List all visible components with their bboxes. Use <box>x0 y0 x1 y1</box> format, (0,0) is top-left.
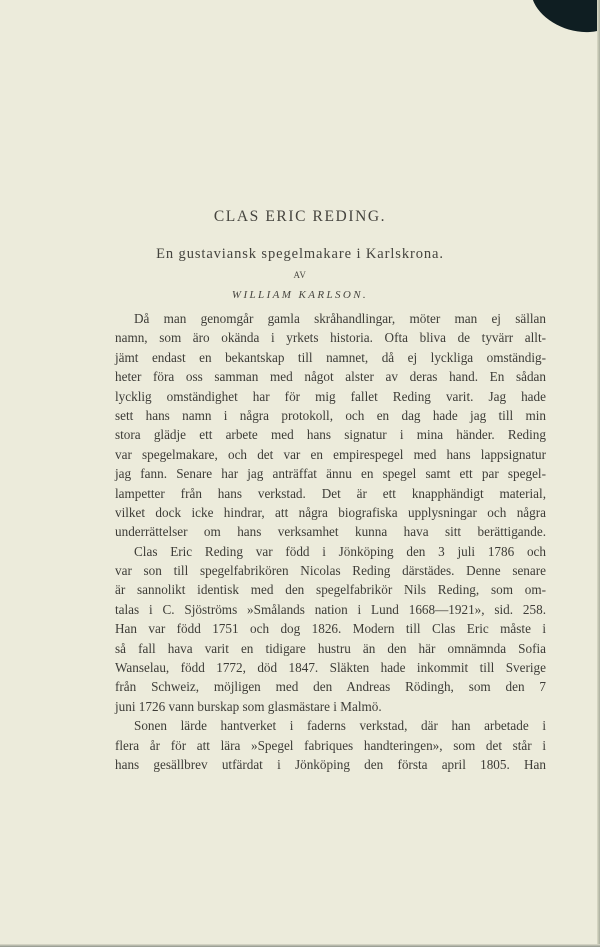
text-line: Sonen lärde hantverket i faderns verksta… <box>115 716 546 735</box>
article-title: CLAS ERIC REDING. <box>0 208 600 226</box>
text-line: flera år för att lära »Spegel fabriques … <box>115 736 546 755</box>
text-line: sett hans namn i några protokoll, och en… <box>115 406 546 425</box>
text-line: lampetter från hans verkstad. Det är ett… <box>115 484 546 503</box>
author-name: WILLIAM KARLSON. <box>0 289 600 301</box>
text-line: vilket dock icke hindrar, att några biog… <box>115 503 546 522</box>
text-line: Wanselau, född 1772, död 1847. Släkten h… <box>115 658 546 677</box>
text-line: juni 1726 vann burskap som glasmästare i… <box>115 697 546 716</box>
text-line: stora glädje ett arbete med hans signatu… <box>115 425 546 444</box>
text-line: heter föra oss samman med något alster a… <box>115 367 546 386</box>
text-line: Då man genomgår gamla skråhandlingar, mö… <box>115 309 546 328</box>
text-line: talas i C. Sjöströms »Smålands nation i … <box>115 600 546 619</box>
text-line: Han var född 1751 och dog 1826. Modern t… <box>115 619 546 638</box>
text-line: från Schweiz, möjligen med den Andreas R… <box>115 677 546 696</box>
text-line: hans gesällbrev utfärdat i Jönköping den… <box>115 755 546 774</box>
text-line: så fall hava varit en tidigare hustru än… <box>115 639 546 658</box>
text-line: namn, som äro okända i yrkets historia. … <box>115 328 546 347</box>
text-line: är sannolikt identisk med den spegelfabr… <box>115 580 546 599</box>
text-line: Clas Eric Reding var född i Jönköping de… <box>115 542 546 561</box>
text-line: jämt endast en bekantskap till namnet, d… <box>115 348 546 367</box>
text-line: var spegelmakare, och det var en empires… <box>115 445 546 464</box>
text-line: jag fann. Senare har jag anträffat ännu … <box>115 464 546 483</box>
byline-label: AV <box>0 270 600 280</box>
document-page: CLAS ERIC REDING. En gustaviansk spegelm… <box>0 0 600 947</box>
scan-corner-shadow <box>522 0 600 44</box>
text-line: underrättelser om hans verksamhet kunna … <box>115 522 546 541</box>
article-subtitle: En gustaviansk spegelmakare i Karlskrona… <box>0 246 600 263</box>
text-line: var son till spegelfabrikören Nicolas Re… <box>115 561 546 580</box>
article-body: Då man genomgår gamla skråhandlingar, mö… <box>115 309 546 774</box>
text-line: lycklig omständighet har för mig fallet … <box>115 387 546 406</box>
